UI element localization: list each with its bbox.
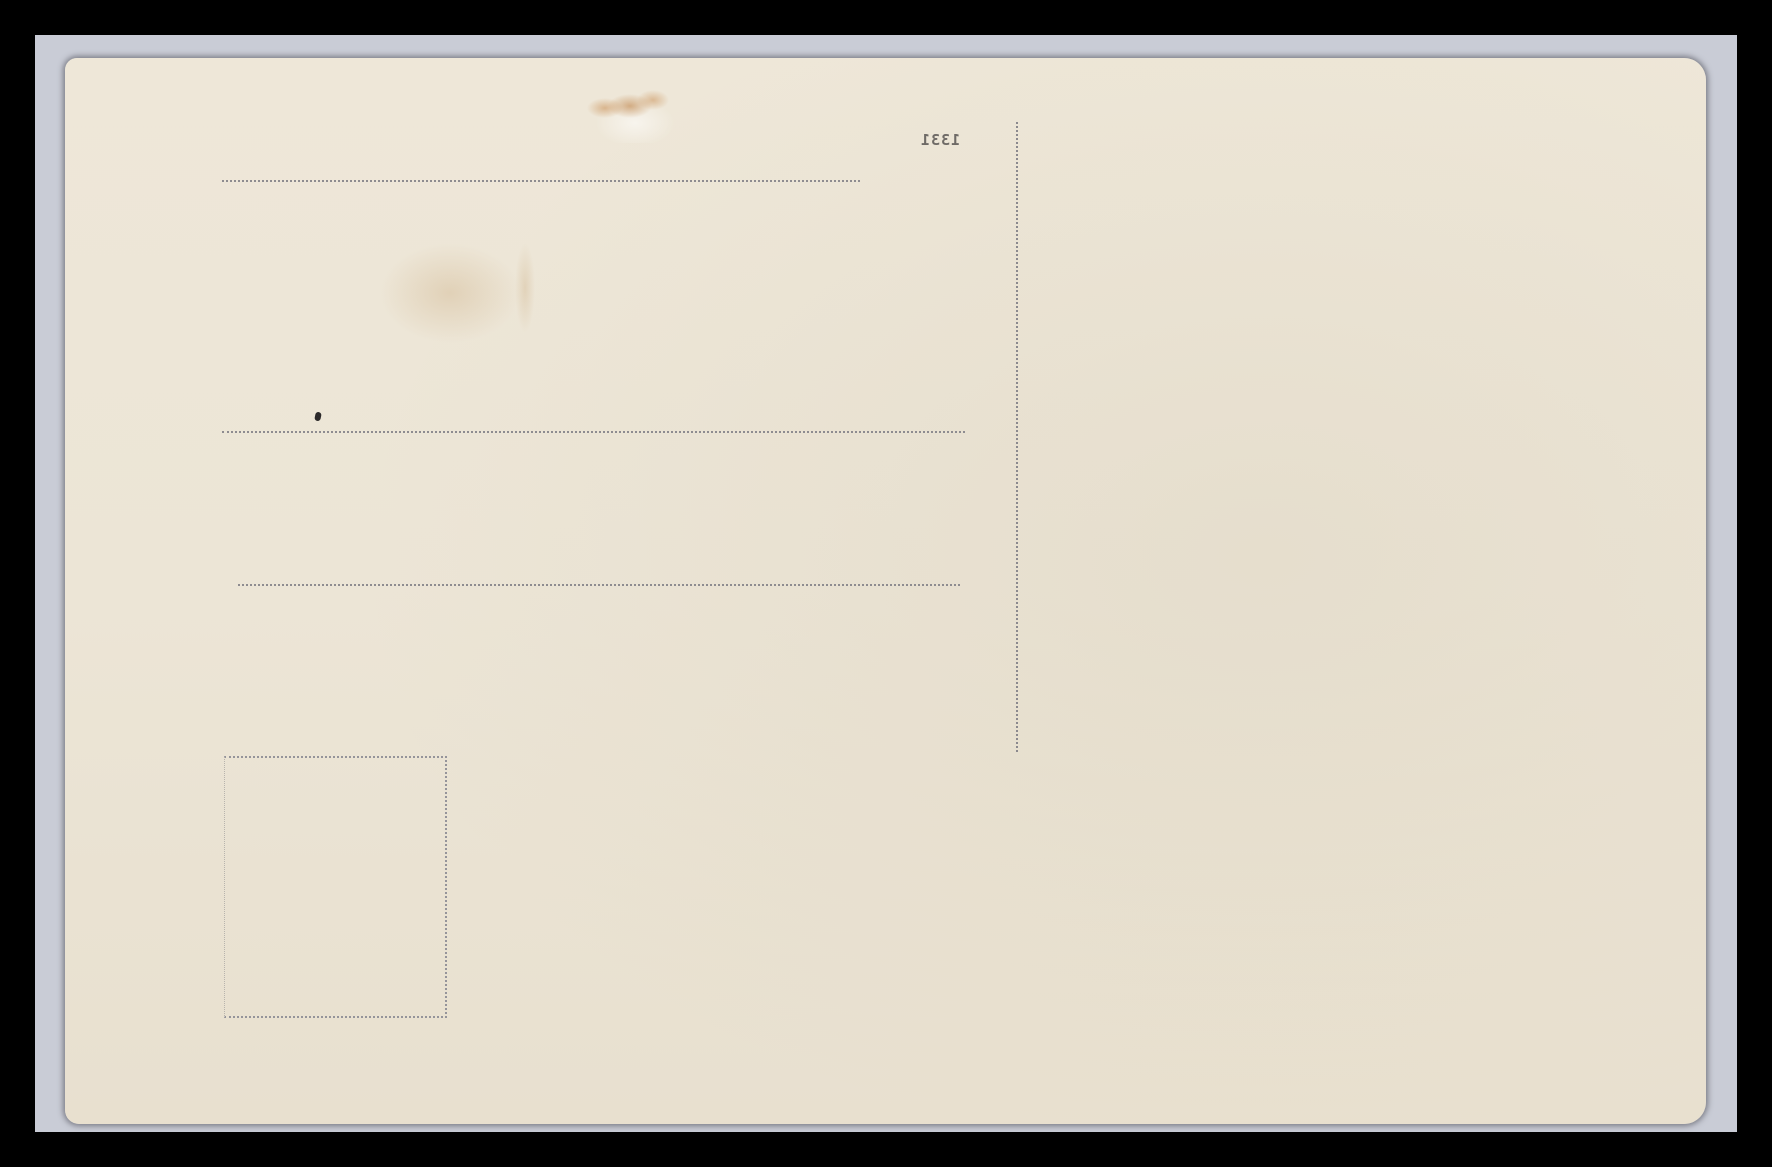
ink-speck xyxy=(314,411,322,421)
address-line-2 xyxy=(222,431,965,433)
postcard-back: 1331 xyxy=(65,58,1706,1124)
address-line-3 xyxy=(238,584,960,586)
center-divider-line xyxy=(1016,122,1018,752)
serial-number: 1331 xyxy=(920,131,960,149)
address-line-1 xyxy=(222,180,860,182)
paper-damage-spot xyxy=(575,88,675,143)
stamp-box xyxy=(224,756,447,1018)
